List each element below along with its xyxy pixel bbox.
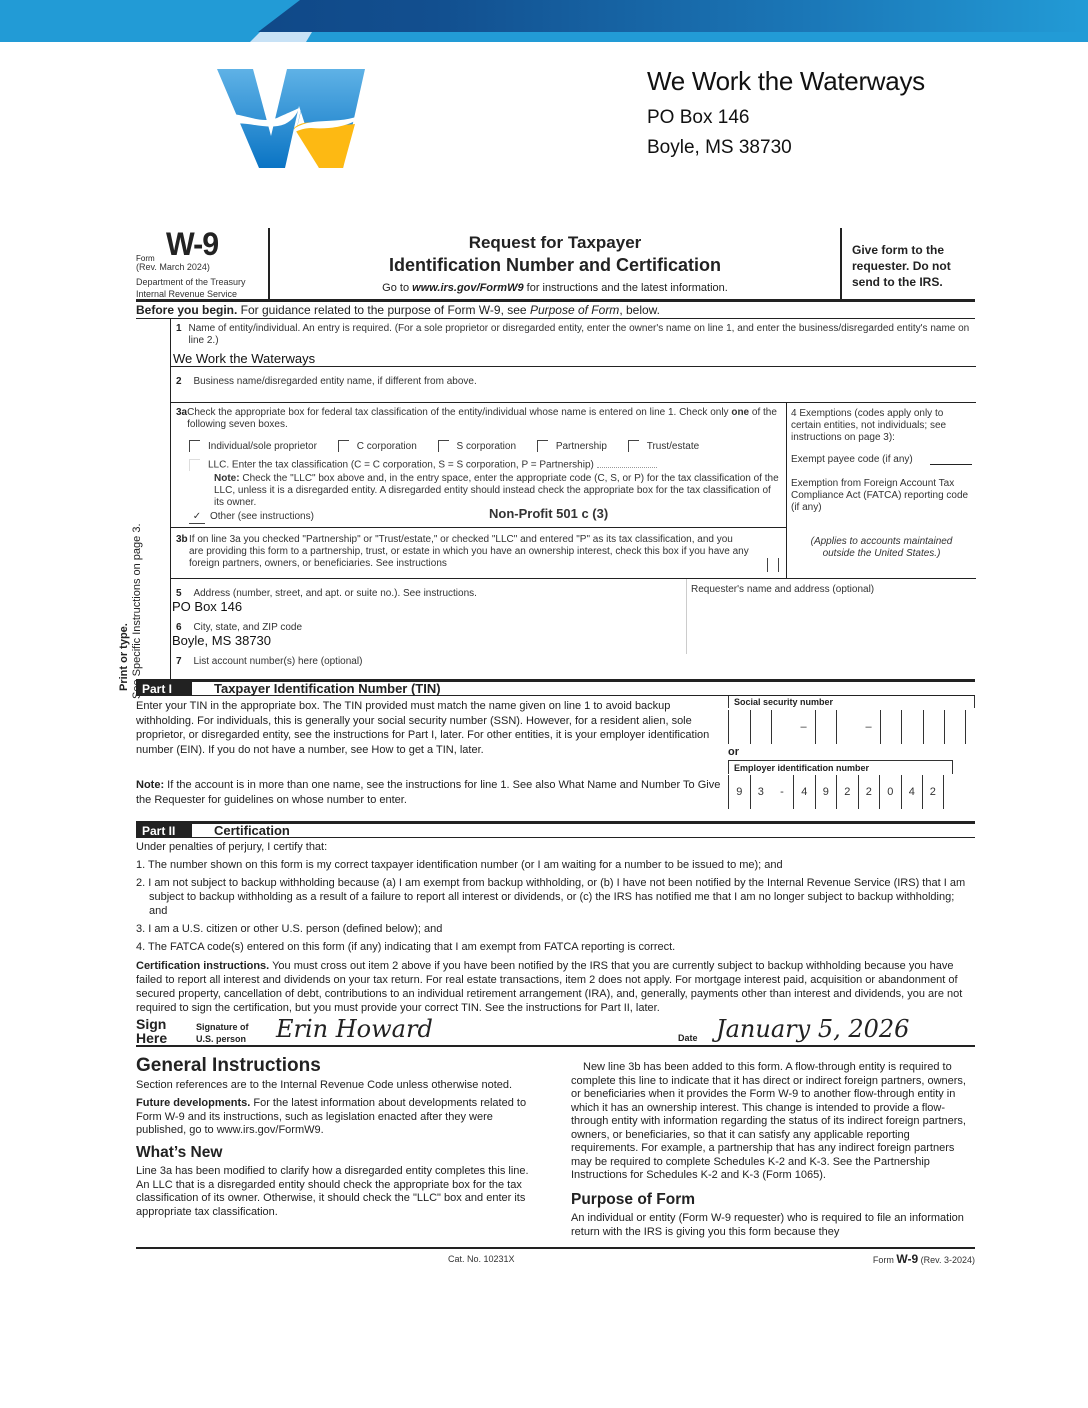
footer-form-number: W-9 [896, 1252, 918, 1266]
ssn-digit[interactable] [923, 710, 945, 744]
side-label: Print or type. See Specific Instructions… [136, 319, 170, 679]
line-7-number: 7 [171, 656, 189, 667]
exempt-payee-label: Exempt payee code (if any) [791, 454, 913, 465]
fatca-field[interactable] [930, 506, 972, 518]
option-partnership-label: Partnership [556, 441, 607, 452]
ein-digit[interactable]: - [771, 775, 793, 809]
other-label: Other (see instructions) [210, 511, 314, 522]
signature-row: Sign Here Signature of U.S. person Erin … [136, 1015, 975, 1047]
option-s-corp-label: S corporation [457, 441, 516, 452]
ein-digit[interactable]: 2 [922, 775, 944, 809]
sign-here-label: Sign Here [136, 1017, 176, 1045]
goto-suffix: for instructions and the latest informat… [524, 282, 728, 294]
checkbox-3b[interactable] [767, 558, 779, 572]
purpose-of-form-title: Purpose of Form [571, 1193, 975, 1207]
instructions-right-column: New line 3b has been added to this form.… [571, 1061, 975, 1244]
line-6-number: 6 [171, 622, 189, 633]
line-3a-number: 3a [171, 407, 187, 431]
part-1-title: Taxpayer Identification Number (TIN) [214, 682, 441, 696]
llc-note: Note: Check the "LLC" box above and, in … [214, 473, 779, 509]
ssn-digit[interactable] [728, 710, 750, 744]
form-title-box: Request for Taxpayer Identification Numb… [270, 228, 840, 302]
line-5-address-field[interactable]: PO Box 146 [172, 599, 242, 614]
line-6-city-field[interactable]: Boyle, MS 38730 [172, 633, 271, 648]
line-5-label: Address (number, street, and apt. or sui… [193, 588, 476, 599]
ssn-digit[interactable]: – [793, 710, 815, 744]
certification-body: Under penalties of perjury, I certify th… [136, 838, 975, 1015]
date-field[interactable]: January 5, 2026 [716, 1015, 909, 1043]
part-1-tag: Part I [136, 682, 192, 696]
organization-name: We Work the Waterways [647, 66, 925, 97]
checkbox-trust-estate[interactable] [628, 440, 639, 452]
department-name: Department of the Treasury [136, 276, 270, 288]
checkbox-c-corporation[interactable] [338, 440, 349, 452]
part-1-header: Part I Taxpayer Identification Number (T… [136, 679, 975, 696]
side-label-instructions: See Specific Instructions on page 3. [131, 459, 143, 699]
line-3b-number: 3b [171, 534, 189, 570]
note-text: Check the "LLC" box above and, in the en… [214, 473, 779, 508]
ssn-digit-boxes[interactable]: –– [728, 710, 966, 744]
ein-digit[interactable]: 0 [879, 775, 901, 809]
ssn-digit[interactable] [815, 710, 837, 744]
requester-field[interactable] [687, 597, 976, 647]
entity-lines: Print or type. See Specific Instructions… [136, 319, 975, 679]
line-2: 2 Business name/disregarded entity name,… [171, 367, 976, 403]
exemptions-box: 4 Exemptions (codes apply only to certai… [786, 403, 976, 579]
form-goto-text: Go to www.irs.gov/FormW9 for instruction… [270, 282, 840, 294]
goto-prefix: Go to [382, 282, 412, 294]
exempt-payee-field[interactable] [930, 464, 972, 465]
organization-logo-icon [215, 66, 365, 170]
form-footer: Cat. No. 10231X Form W-9 (Rev. 3-2024) [136, 1247, 975, 1269]
future-developments: Future developments. For the latest info… [136, 1097, 536, 1138]
line-1-number: 1 [171, 323, 189, 347]
ssn-digit[interactable] [944, 710, 966, 744]
cert-instr-bold: Certification instructions. [136, 960, 269, 972]
fatca-row: Exemption from Foreign Account Tax Compl… [791, 478, 972, 514]
whats-new-title: What’s New [136, 1146, 536, 1160]
option-individual-label: Individual/sole proprietor [208, 441, 317, 452]
instructions-left-column: General Instructions Section references … [136, 1059, 536, 1224]
ein-digit[interactable]: 2 [858, 775, 880, 809]
requester-box: Requester's name and address (optional) [686, 579, 976, 654]
llc-code-field[interactable] [597, 467, 657, 468]
line-3b: 3b If on line 3a you checked "Partnershi… [171, 534, 781, 570]
option-c-corp-label: C corporation [357, 441, 417, 452]
line-3a-label: Check the appropriate box for federal ta… [187, 407, 781, 431]
checkbox-s-corporation[interactable] [438, 440, 449, 452]
other-classification-value[interactable]: Non-Profit 501 c (3) [489, 508, 608, 520]
line-3b-label: If on line 3a you checked "Partnership" … [189, 534, 749, 570]
line-1-name-field[interactable]: We Work the Waterways [173, 351, 315, 366]
line-1-label: Name of entity/individual. An entry is r… [189, 323, 972, 347]
ein-digit[interactable]: 9 [815, 775, 837, 809]
checkbox-llc[interactable] [189, 459, 200, 471]
certification-item-1: 1. The number shown on this form is my c… [136, 858, 975, 872]
checkbox-partnership[interactable] [537, 440, 548, 452]
tax-classification-options: Individual/sole proprietor C corporation… [189, 440, 717, 452]
ein-digit[interactable]: 4 [901, 775, 923, 809]
ssn-digit[interactable] [880, 710, 902, 744]
organization-address-line1: PO Box 146 [647, 107, 749, 129]
certification-item-3: 3. I am a U.S. citizen or other U.S. per… [136, 922, 975, 936]
organization-address-line2: Boyle, MS 38730 [647, 137, 792, 159]
section-references: Section references are to the Internal R… [136, 1079, 536, 1093]
signature-label: Signature of U.S. person [196, 1021, 266, 1045]
option-trust-label: Trust/estate [647, 441, 699, 452]
lines-area: 1 Name of entity/individual. An entry is… [170, 319, 975, 679]
form-header: Form W-9 (Rev. March 2024) Department of… [136, 228, 975, 302]
requester-label: Requester's name and address (optional) [691, 584, 874, 596]
checkbox-other[interactable]: ✓ [189, 511, 205, 524]
line-3b-divider [171, 527, 786, 528]
ein-digit-boxes[interactable]: 93-4922042 [728, 775, 944, 809]
certification-intro: Under penalties of perjury, I certify th… [136, 840, 975, 854]
form-revision: (Rev. March 2024) [136, 262, 210, 272]
checkbox-individual[interactable] [189, 440, 200, 452]
before-bold: Before you begin. [136, 303, 237, 317]
certification-item-2: 2. I am not subject to backup withholdin… [136, 876, 975, 918]
general-instructions-title: General Instructions [136, 1059, 536, 1073]
ein-digit[interactable]: 2 [836, 775, 858, 809]
form-number: W-9 [166, 226, 218, 263]
ein-digit[interactable]: 3 [750, 775, 772, 809]
w9-form: Form W-9 (Rev. March 2024) Department of… [136, 228, 975, 1269]
line-2-label: Business name/disregarded entity name, i… [193, 376, 476, 387]
exempt-payee-row: Exempt payee code (if any) [791, 454, 972, 466]
fatca-applies-note: (Applies to accounts maintained outside … [791, 536, 972, 560]
form-title-line1: Request for Taxpayer [270, 233, 840, 253]
general-instructions: General Instructions Section references … [136, 1047, 975, 1247]
line-3a-label-bold: one [731, 407, 749, 418]
address-lines: Requester's name and address (optional) … [171, 579, 976, 679]
tin-note-text: If the account is in more than one name,… [136, 779, 720, 806]
signature-field[interactable]: Erin Howard [276, 1015, 433, 1043]
ssn-label: Social security number [728, 696, 975, 708]
date-label: Date [678, 1033, 698, 1043]
line-3: 3a Check the appropriate box for federal… [171, 403, 976, 579]
part-1-body: Enter your TIN in the appropriate box. T… [136, 696, 975, 821]
footer-form-word: Form [873, 1255, 894, 1265]
certification-item-4: 4. The FATCA code(s) entered on this for… [136, 940, 975, 954]
before-text: For guidance related to the purpose of F… [237, 303, 530, 317]
catalog-number: Cat. No. 10231X [448, 1254, 515, 1264]
line-2-business-name-field[interactable] [191, 387, 891, 401]
tin-instructions: Enter your TIN in the appropriate box. T… [136, 699, 721, 757]
llc-row: LLC. Enter the tax classification (C = C… [189, 459, 779, 472]
ein-digit[interactable]: 4 [793, 775, 815, 809]
line-7-account-field[interactable] [191, 665, 671, 677]
ssn-digit[interactable] [750, 710, 772, 744]
form-id-box: Form W-9 (Rev. March 2024) Department of… [136, 228, 270, 302]
whats-new-text: Line 3a has been modified to clarify how… [136, 1165, 536, 1219]
ssn-digit[interactable] [771, 710, 793, 744]
ssn-digit[interactable]: – [858, 710, 880, 744]
footer-form-rev: (Rev. 3-2024) [921, 1255, 975, 1265]
note-bold: Note: [214, 473, 240, 484]
exemptions-label: 4 Exemptions (codes apply only to certai… [791, 408, 972, 444]
footer-form-id: Form W-9 (Rev. 3-2024) [873, 1252, 975, 1266]
before-you-begin: Before you begin. For guidance related t… [136, 302, 975, 319]
future-bold: Future developments. [136, 1097, 250, 1109]
header-banner-accent [250, 32, 312, 42]
certification-instructions: Certification instructions. You must cro… [136, 959, 975, 1015]
tin-note: Note: If the account is in more than one… [136, 778, 721, 807]
ssn-digit[interactable] [836, 710, 858, 744]
service-name: Internal Revenue Service [136, 288, 270, 300]
goto-url-link[interactable]: www.irs.gov/FormW9 [412, 282, 523, 294]
part-2-title: Certification [214, 824, 290, 838]
or-label: or [728, 746, 739, 758]
llc-label: LLC. Enter the tax classification (C = C… [208, 460, 594, 471]
line-6-label: City, state, and ZIP code [193, 622, 302, 633]
line-2-number: 2 [171, 376, 189, 387]
form-title-line2: Identification Number and Certification [270, 255, 840, 276]
line-1: 1 Name of entity/individual. An entry is… [171, 319, 976, 367]
purpose-of-form-text: An individual or entity (Form W-9 reques… [571, 1212, 975, 1239]
side-label-print: Print or type. [118, 491, 130, 691]
new-line-3b-text: New line 3b has been added to this form.… [571, 1061, 975, 1183]
purpose-of-form-link[interactable]: Purpose of Form [530, 303, 619, 317]
ein-digit[interactable]: 9 [728, 775, 750, 809]
before-end: , below. [619, 303, 660, 317]
give-form-note: Give form to the requester. Do not send … [840, 228, 975, 302]
ssn-digit[interactable] [901, 710, 923, 744]
line-3a-label-pre: Check the appropriate box for federal ta… [187, 407, 731, 418]
part-2-header: Part II Certification [136, 821, 975, 838]
line-5-number: 5 [171, 588, 189, 599]
tin-note-bold: Note: [136, 779, 164, 791]
other-row: ✓Other (see instructions) Non-Profit 501… [189, 511, 779, 524]
part-2-tag: Part II [136, 824, 192, 838]
form-department: Department of the Treasury Internal Reve… [136, 276, 270, 300]
ein-label: Employer identification number [728, 760, 953, 774]
